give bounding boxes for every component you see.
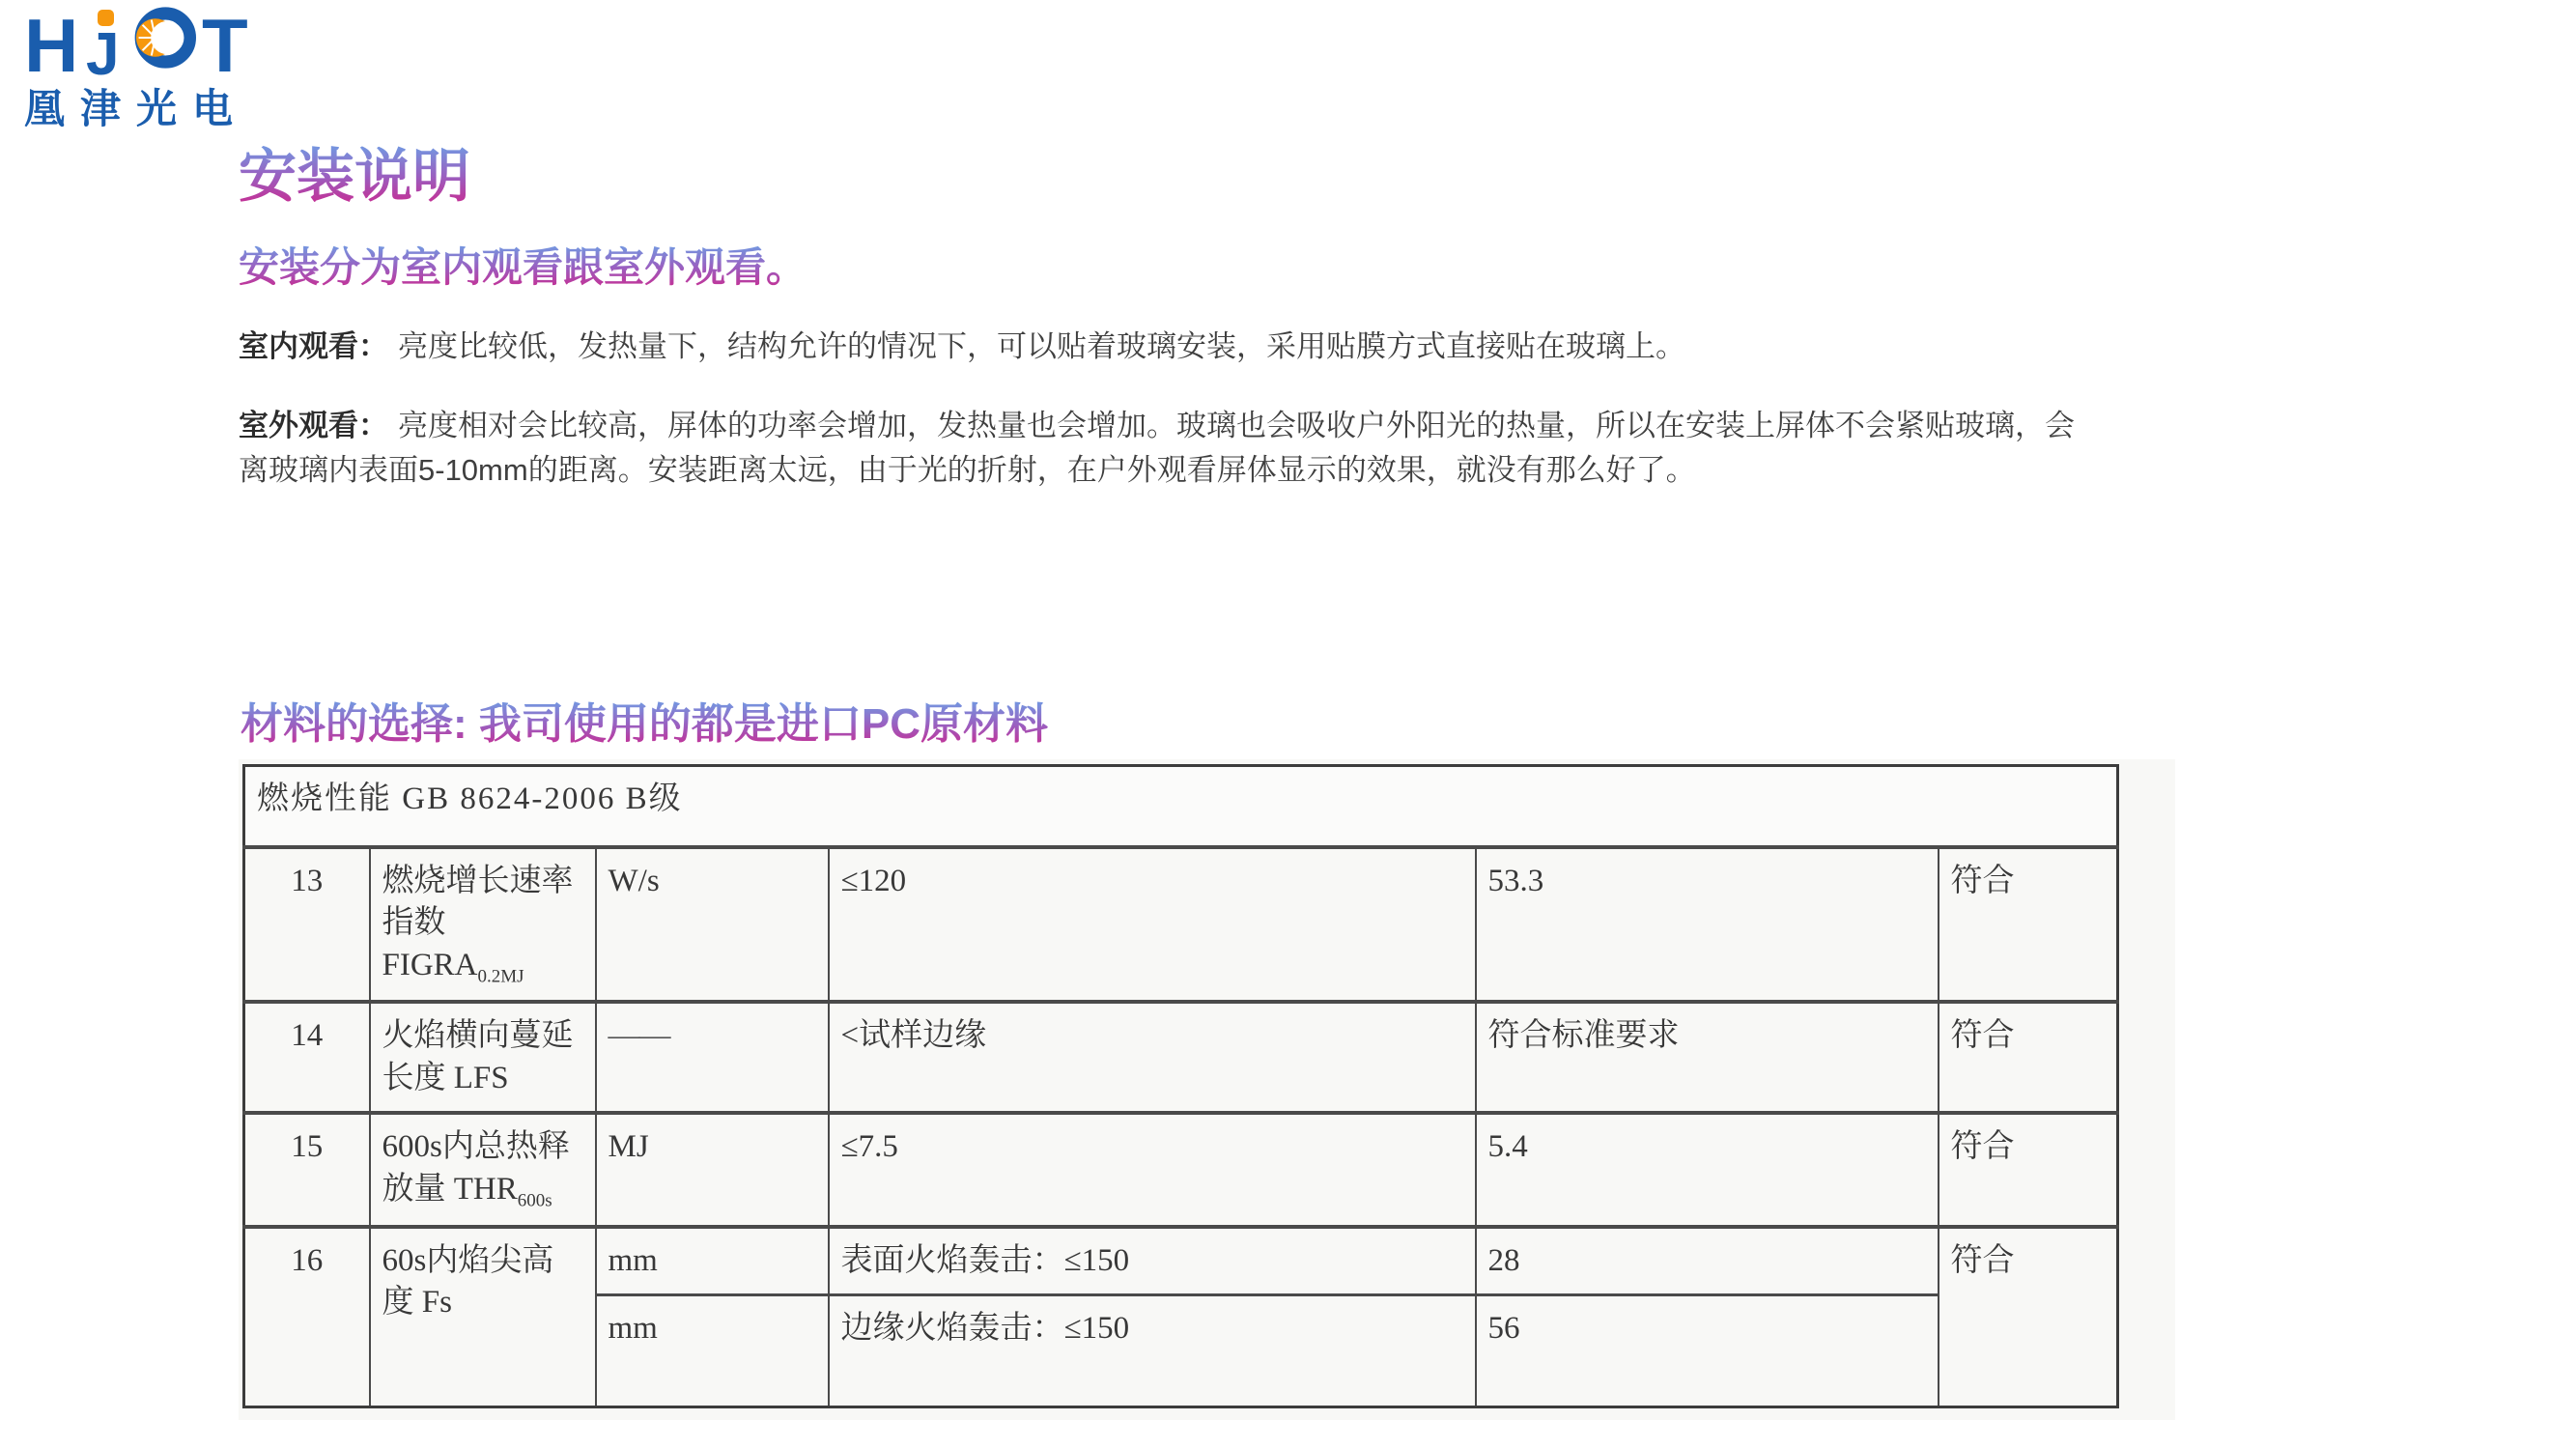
table-row: 14 火焰横向蔓延 长度 LFS —— <试样边缘 符合标准要求 符合 bbox=[244, 1002, 2118, 1113]
row16-no: 16 bbox=[244, 1227, 370, 1407]
paragraph-indoor: 室内观看：亮度比较低，发热量下，结构允许的情况下，可以贴着玻璃安装，采用贴膜方式… bbox=[239, 325, 2460, 369]
logo-letter-j: J bbox=[86, 25, 119, 85]
row16-result: 28 bbox=[1476, 1227, 1939, 1295]
row16b-requirement: 边缘火焰轰击：≤150 bbox=[829, 1295, 1476, 1407]
row13-result: 53.3 bbox=[1476, 847, 1939, 1003]
row13-verdict: 符合 bbox=[1939, 847, 2118, 1003]
document-page: H J T 凰津光电 安装说明 安装分为室内观看跟室外观看。 室内观看：亮度比较… bbox=[0, 0, 2576, 1449]
row16b-result: 56 bbox=[1476, 1295, 1939, 1407]
row15-unit: MJ bbox=[596, 1113, 829, 1226]
table-row: 15 600s内总热释 放量 THR600s MJ ≤7.5 5.4 符合 bbox=[244, 1113, 2118, 1226]
row14-item-line1: 火焰横向蔓延 bbox=[382, 1015, 583, 1058]
row13-item-line1: 燃烧增长速率 bbox=[382, 861, 583, 903]
row16-item: 60s内焰尖高 度 Fs bbox=[370, 1227, 596, 1407]
row13-item: 燃烧增长速率 指数 FIGRA0.2MJ bbox=[370, 847, 596, 1003]
row16-requirement: 表面火焰轰击：≤150 bbox=[829, 1227, 1476, 1295]
row14-item-line2: 长度 LFS bbox=[382, 1058, 583, 1100]
row15-item: 600s内总热释 放量 THR600s bbox=[370, 1113, 596, 1226]
row14-no: 14 bbox=[244, 1002, 370, 1113]
row15-result: 5.4 bbox=[1476, 1113, 1939, 1226]
row16-item-line1: 60s内焰尖高 bbox=[382, 1240, 583, 1283]
company-logo: H J T 凰津光电 bbox=[24, 8, 333, 133]
table-row: 13 燃烧增长速率 指数 FIGRA0.2MJ W/s ≤120 53.3 符合 bbox=[244, 847, 2118, 1003]
logo-letter-h: H bbox=[24, 8, 78, 83]
burn-performance-table: 燃烧性能 GB 8624-2006 B级 13 燃烧增长速率 指数 FIGRA0… bbox=[242, 764, 2119, 1408]
page-title: 安装说明 bbox=[239, 143, 470, 210]
row16b-unit: mm bbox=[596, 1295, 829, 1407]
row15-item-line1: 600s内总热释 bbox=[382, 1126, 583, 1169]
logo-letter-t: T bbox=[202, 8, 248, 83]
row16-verdict: 符合 bbox=[1939, 1227, 2118, 1407]
table-title-row: 燃烧性能 GB 8624-2006 B级 bbox=[244, 766, 2118, 847]
row15-verdict: 符合 bbox=[1939, 1113, 2118, 1226]
row14-verdict: 符合 bbox=[1939, 1002, 2118, 1113]
paragraph-indoor-text: 亮度比较低，发热量下，结构允许的情况下，可以贴着玻璃安装，采用贴膜方式直接贴在玻… bbox=[398, 329, 1685, 363]
row16-item-line2: 度 Fs bbox=[382, 1282, 583, 1324]
row15-no: 15 bbox=[244, 1113, 370, 1226]
row13-item-line2: 指数 FIGRA0.2MJ bbox=[382, 902, 583, 988]
row16-unit: mm bbox=[596, 1227, 829, 1295]
row15-item-subscript: 600s bbox=[518, 1191, 552, 1211]
scanned-table-image: 燃烧性能 GB 8624-2006 B级 13 燃烧增长速率 指数 FIGRA0… bbox=[239, 759, 2175, 1420]
row14-requirement: <试样边缘 bbox=[829, 1002, 1476, 1113]
row14-item: 火焰横向蔓延 长度 LFS bbox=[370, 1002, 596, 1113]
paragraph-outdoor-text-line2: 离玻璃内表面5-10mm的距离。安装距离太远，由于光的折射，在户外观看屏体显示的… bbox=[239, 453, 1696, 487]
paragraph-outdoor: 室外观看：亮度相对会比较高，屏体的功率会增加，发热量也会增加。玻璃也会吸收户外阳… bbox=[239, 404, 2460, 493]
row15-requirement: ≤7.5 bbox=[829, 1113, 1476, 1226]
row13-item-subscript: 0.2MJ bbox=[478, 966, 524, 986]
row13-unit: W/s bbox=[596, 847, 829, 1003]
paragraph-indoor-label: 室内观看： bbox=[239, 329, 388, 363]
page-subtitle: 安装分为室内观看跟室外观看。 bbox=[239, 243, 807, 292]
table-row: 16 60s内焰尖高 度 Fs mm 表面火焰轰击：≤150 28 符合 bbox=[244, 1227, 2118, 1295]
row13-no: 13 bbox=[244, 847, 370, 1003]
paragraph-outdoor-text-line1: 亮度相对会比较高，屏体的功率会增加，发热量也会增加。玻璃也会吸收户外阳光的热量，… bbox=[398, 409, 2075, 442]
table-title: 燃烧性能 GB 8624-2006 B级 bbox=[244, 766, 2118, 847]
row15-item-line2: 放量 THR600s bbox=[382, 1169, 583, 1213]
row14-unit: —— bbox=[596, 1002, 829, 1113]
sun-crescent-icon bbox=[132, 6, 196, 70]
logo-subtext: 凰津光电 bbox=[24, 77, 248, 135]
row13-requirement: ≤120 bbox=[829, 847, 1476, 1003]
row14-result: 符合标准要求 bbox=[1476, 1002, 1939, 1113]
section-heading-materials: 材料的选择: 我司使用的都是进口PC原材料 bbox=[241, 699, 1048, 751]
paragraph-outdoor-label: 室外观看： bbox=[239, 409, 388, 442]
